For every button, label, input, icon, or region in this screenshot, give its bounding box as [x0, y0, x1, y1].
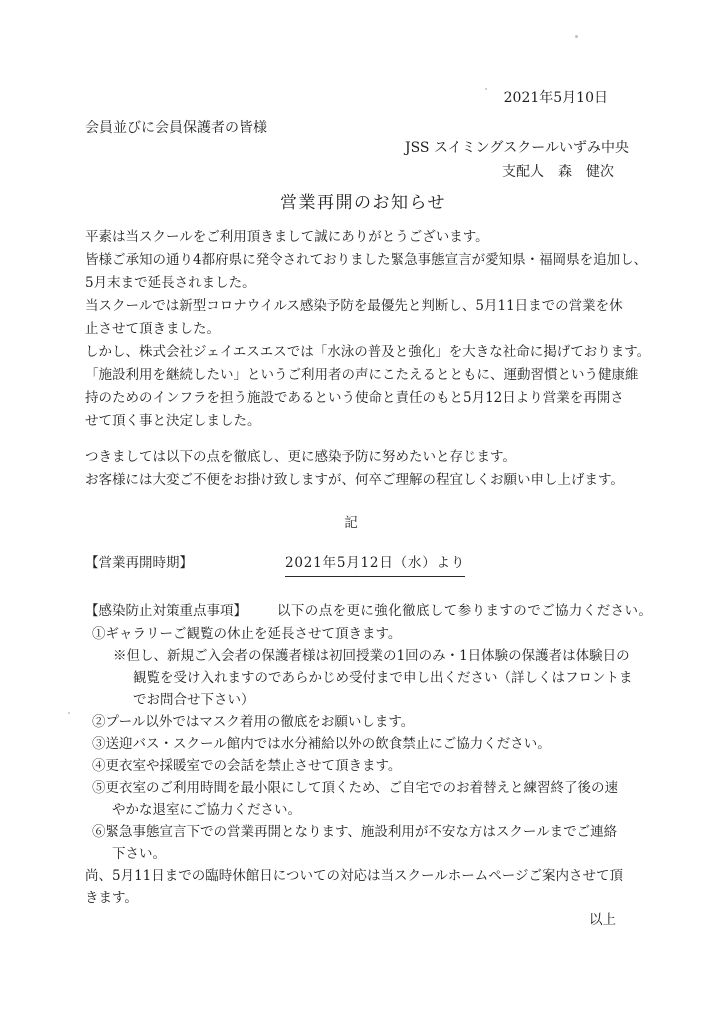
- list-item: ⑤更衣室のご利用時間を最小限にして頂くため、ご自宅でのお着替えと練習終了後の速: [85, 777, 641, 799]
- body-line: 「施設利用を継続したい」というご利用者の声にこたえるとともに、運動習慣という健康…: [85, 364, 641, 387]
- list-item: でお問合せ下さい）: [85, 689, 641, 711]
- record-marker: 記: [85, 512, 641, 535]
- note-line: きます。: [85, 887, 641, 909]
- note-paragraph: 尚、5月11日までの臨時休館日についての対応は当スクールホームページご案内させて…: [85, 865, 641, 909]
- note-line: 尚、5月11日までの臨時休館日についての対応は当スクールホームページご案内させて…: [85, 865, 641, 887]
- body-line: 止させて頂きました。: [85, 318, 641, 341]
- body-paragraph: 平素は当スクールをご利用頂きまして誠にありがとうございます。 皆様ご承知の通り4…: [85, 226, 641, 433]
- body-line: つきましては以下の点を徹底し、更に感染予防に努めたいと存じます。: [85, 446, 641, 469]
- measures-list: ①ギャラリーご観覧の休止を延長させて頂きます。 ※但し、新規ご入会者の保護者様は…: [85, 623, 641, 865]
- body-line: 平素は当スクールをご利用頂きまして誠にありがとうございます。: [85, 226, 641, 249]
- body-line: 当スクールでは新型コロナウイルス感染予防を最優先と判断し、5月11日までの営業を…: [85, 295, 641, 318]
- list-item: ⑥緊急事態宣言下での営業再開となります、施設利用が不安な方はスクールまでご連絡: [85, 821, 641, 843]
- list-item: ③送迎バス・スクール館内では水分補給以外の飲食禁止にご協力ください。: [85, 733, 641, 755]
- closing-marker: 以上: [85, 909, 641, 931]
- sender-organization: JSS スイミングスクールいずみ中央: [85, 138, 641, 158]
- body-line: しかし、株式会社ジェイエスエスでは「水泳の普及と強化」を大きな社命に掲げておりま…: [85, 341, 641, 364]
- scan-speck: [68, 712, 70, 714]
- measures-intro: 以下の点を更に強化徹底して参りますのでご協力ください。: [277, 600, 652, 623]
- list-item: 下さい。: [85, 843, 641, 865]
- list-item: やかな退室にご協力ください。: [85, 799, 641, 821]
- recipient-line: 会員並びに会員保護者の皆様: [85, 118, 641, 138]
- body-line: お客様には大変ご不便をお掛け致しますが、何卒ご理解の程宜しくお願い申し上げます。: [85, 469, 641, 492]
- measures-heading: 【感染防止対策重点事項】 以下の点を更に強化徹底して参りますのでご協力ください。: [85, 600, 641, 623]
- body-line: 5月末まで延長されました。: [85, 272, 641, 295]
- letter-title: 営業再開のお知らせ: [85, 190, 641, 216]
- reopening-section: 【営業再開時期】 2021年5月12日（水）より: [85, 552, 641, 577]
- body-line: せて頂く事と決定しました。: [85, 410, 641, 433]
- request-paragraph: つきましては以下の点を徹底し、更に感染予防に努めたいと存じます。 お客様には大変…: [85, 446, 641, 492]
- body-line: 持のためのインフラを担う施設であるという使命と責任のもと5月12日より営業を再開…: [85, 387, 641, 410]
- letter-content: 2021年5月10日 会員並びに会員保護者の皆様 JSS スイミングスクールいず…: [85, 0, 641, 931]
- reopening-label: 【営業再開時期】: [85, 552, 193, 575]
- body-line: 皆様ご承知の通り4都府県に発令されておりました緊急事態宣言が愛知県・福岡県を追加…: [85, 249, 641, 272]
- list-item: ※但し、新規ご入会者の保護者様は初回授業の1回のみ・1日体験の保護者は体験日の: [85, 645, 641, 667]
- measures-label: 【感染防止対策重点事項】: [85, 600, 247, 623]
- reopening-date: 2021年5月12日（水）より: [285, 552, 465, 577]
- list-item: ④更衣室や採暖室での会話を禁止させて頂きます。: [85, 755, 641, 777]
- letter-date: 2021年5月10日: [85, 0, 641, 108]
- scanned-letter-page: 2021年5月10日 会員並びに会員保護者の皆様 JSS スイミングスクールいず…: [0, 0, 724, 1024]
- list-item: ②プール以外ではマスク着用の徹底をお願いします。: [85, 711, 641, 733]
- list-item: 観覧を受け入れますのであらかじめ受付まで申し出ください（詳しくはフロントま: [85, 667, 641, 689]
- list-item: ①ギャラリーご観覧の休止を延長させて頂きます。: [85, 623, 641, 645]
- sender-name: 支配人 森 健次: [85, 162, 641, 182]
